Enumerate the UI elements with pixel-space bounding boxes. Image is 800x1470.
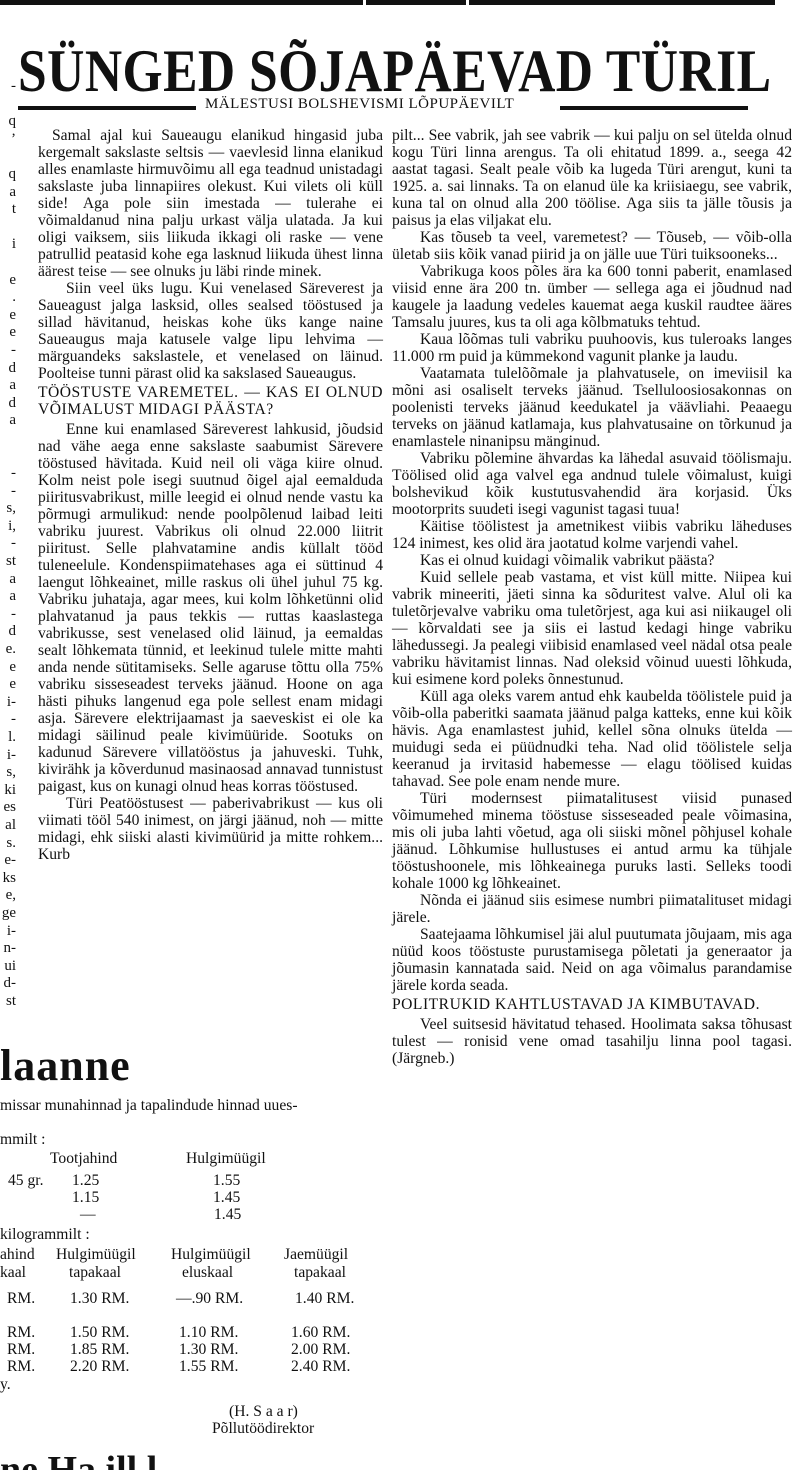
column-header: tapakaal [69,1264,121,1282]
paragraph: Vabrikuga koos põles ära ka 600 tonni pa… [392,263,792,331]
section-heading: POLITRUKID KAHTLUSTAVAD JA KIMBUTAVAD. [392,996,792,1013]
edge-fragment: i- [0,694,16,712]
column-header: Tootjahind [50,1150,117,1168]
edge-fragment: . [0,289,16,307]
signature-name: (H. S a a r) [229,1403,298,1421]
table-cell: 1.55 [213,1172,240,1190]
edge-fragment: t [0,201,16,219]
paragraph: Nõnda ei jäänud siis esimese numbri piim… [392,892,792,926]
edge-fragment: al [0,817,16,835]
column-header: Hulgimüügil [186,1150,266,1168]
subheadline: MÄLESTUSI BOLSHEVISMI LÕPUPÄEVILT [205,96,514,113]
column-header: Hulgimüügil [171,1246,251,1264]
edge-fragment: ui [0,958,16,976]
edge-fragment: a [0,184,16,202]
edge-fragment: - [0,606,16,624]
article-left-column: Samal ajal kui Saueaugu elanikud hingasi… [38,127,383,863]
top-rule [0,0,775,5]
column-header: kaal [0,1264,26,1282]
column-header: Hulgimüügil [56,1246,136,1264]
column-header: eluskaal [182,1264,233,1282]
edge-fragment: i- [0,923,16,941]
paragraph: Türi Peatööstusest — paberivabrikust — k… [38,795,383,863]
edge-fragment: e [0,659,16,677]
edge-fragment: st [0,553,16,571]
edge-fragment: ’ [0,131,16,149]
section-heading: TÖÖSTUSTE VAREMETEL. — KAS EI OLNUD VÕIM… [38,384,383,418]
edge-fragment: e [0,676,16,694]
edge-fragment [0,447,16,465]
price-notice-title: laanne [0,1040,131,1091]
table-cell: 1.30 RM. [70,1290,129,1308]
edge-fragment: ge [0,905,16,923]
table-cell: 1.50 RM. [70,1324,129,1342]
paragraph: Türi modernsest piimatalitusest viisid p… [392,790,792,892]
edge-fragment: e. [0,641,16,659]
column-header: Jaemüügil [284,1246,348,1264]
edge-fragment: d [0,360,16,378]
paragraph: Kuid sellele peab vastama, et vist küll … [392,569,792,688]
edge-fragment [0,219,16,237]
edge-fragment: e- [0,852,16,870]
table-cell: 1.10 RM. [179,1324,238,1342]
edge-fragment: e [0,307,16,325]
paragraph: Käitise töölistest ja ametnikest viibis … [392,518,792,552]
edge-fragment [0,96,16,114]
table-cell: 2.20 RM. [70,1358,129,1376]
column-header: tapakaal [294,1264,346,1282]
edge-fragment: e [0,324,16,342]
paragraph: Enne kui enamlased Säreverest lahkusid, … [38,421,383,795]
edge-fragment: l. [0,729,16,747]
table-cell: 2.40 RM. [291,1358,350,1376]
edge-fragment: a [0,412,16,430]
edge-fragment [0,148,16,166]
edge-fragment: i, [0,518,16,536]
edge-fragment: d- [0,975,16,993]
edge-fragment: s, [0,500,16,518]
paragraph: Küll aga oleks varem antud ehk kaubelda … [392,688,792,790]
edge-fragment: q [0,166,16,184]
paragraph: Saatejaama lõhkumisel jäi alul puutumata… [392,926,792,994]
edge-fragment: ki [0,782,16,800]
table-cell: 1.40 RM. [295,1290,354,1308]
edge-fragment: e [0,272,16,290]
left-edge-fragments: -q’qatie.ee-dada--s,i,-staa-de.eei--l.i-… [0,78,16,1010]
edge-fragment: e, [0,887,16,905]
edge-fragment: - [0,483,16,501]
edge-fragment: d [0,623,16,641]
price-notice-intro: missar munahinnad ja tapalindude hinnad … [0,1097,298,1115]
egg-section-label: mmilt : [0,1131,46,1149]
table-cell: —.90 RM. [176,1290,243,1308]
subheadline-rule-left [18,106,196,110]
column-header: ahind [0,1246,35,1264]
trailing-fragment: y. [0,1376,11,1394]
edge-fragment: - [0,342,16,360]
edge-fragment: - [0,535,16,553]
edge-fragment: - [0,711,16,729]
paragraph: Veel suitsesid hävitatud tehased. Hoolim… [392,1016,792,1067]
paragraph: Vaatamata tulelõõmale ja plahvatusele, o… [392,365,792,450]
next-headline-fragment: ne Ha ill l [0,1455,157,1470]
edge-fragment [0,430,16,448]
paragraph: pilt... See vabrik, jah see vabrik — kui… [392,127,792,229]
paragraph: Kas ei olnud kuidagi võimalik vabrikut p… [392,552,792,569]
table-cell: RM. [7,1358,35,1376]
edge-fragment: i [0,236,16,254]
edge-fragment: ks [0,870,16,888]
signature-title: Põllutöödirektor [212,1420,314,1438]
poultry-section-label: kilogrammilt : [0,1226,90,1244]
edge-fragment: st [0,993,16,1011]
edge-fragment: - [0,78,16,96]
paragraph: Kas tõuseb ta veel, varemetest? — Tõuseb… [392,229,792,263]
row-label: 45 gr. [8,1172,44,1190]
table-cell: 1.45 [214,1206,241,1224]
table-cell: 1.30 RM. [179,1341,238,1359]
edge-fragment: - [0,465,16,483]
edge-fragment: d [0,395,16,413]
table-cell: 1.60 RM. [291,1324,350,1342]
paragraph: Vabriku põlemine ähvardas ka lähedal asu… [392,450,792,518]
edge-fragment: q [0,113,16,131]
table-cell: 2.00 RM. [291,1341,350,1359]
table-cell: 1.25 [72,1172,99,1190]
paragraph: Samal ajal kui Saueaugu elanikud hingasi… [38,127,383,280]
edge-fragment [0,254,16,272]
table-cell: RM. [7,1341,35,1359]
edge-fragment: s, [0,764,16,782]
table-cell: 1.45 [213,1189,240,1207]
table-cell: 1.55 RM. [179,1358,238,1376]
subheadline-rule-right [560,106,748,110]
edge-fragment: es [0,799,16,817]
edge-fragment: a [0,588,16,606]
paragraph: Kaua lõõmas tuli vabriku puuhoovis, kus … [392,331,792,365]
edge-fragment: s. [0,835,16,853]
table-cell: — [80,1206,96,1224]
edge-fragment: a [0,377,16,395]
table-cell: RM. [7,1290,35,1308]
paragraph: Siin veel üks lugu. Kui venelased Säreve… [38,280,383,382]
edge-fragment: i- [0,747,16,765]
table-cell: 1.85 RM. [70,1341,129,1359]
table-cell: RM. [7,1324,35,1342]
table-cell: 1.15 [72,1189,99,1207]
edge-fragment: n- [0,940,16,958]
article-right-column: pilt... See vabrik, jah see vabrik — kui… [392,127,792,1067]
edge-fragment: a [0,571,16,589]
